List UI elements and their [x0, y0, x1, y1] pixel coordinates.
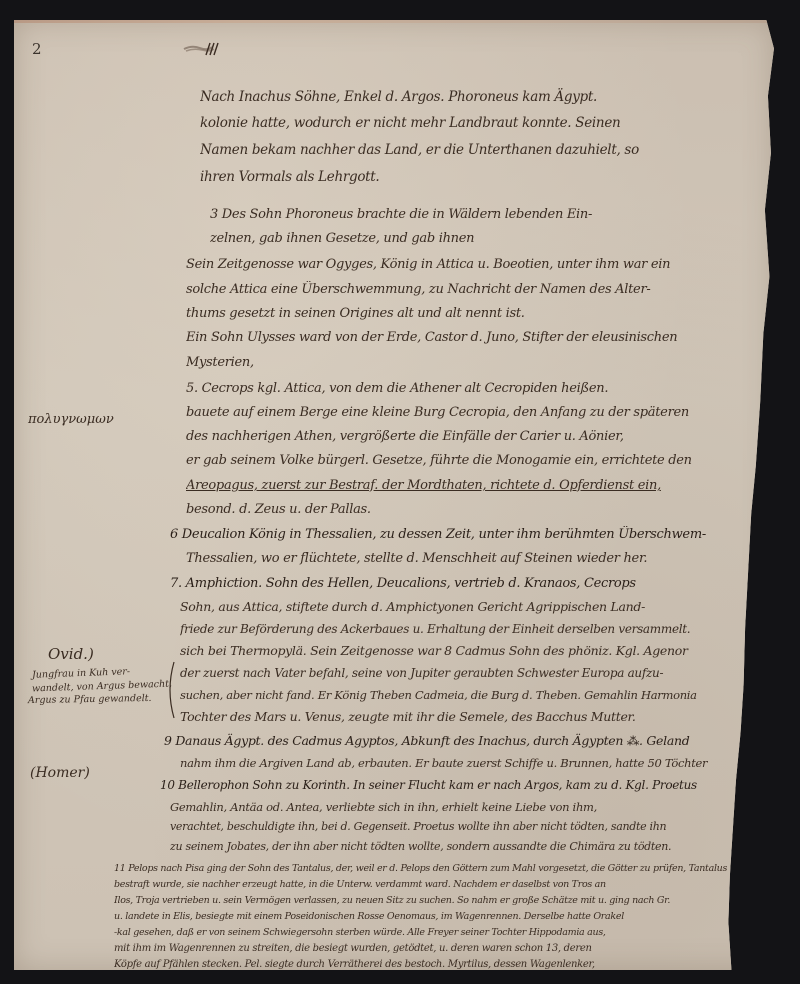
manuscript-page: 2 πολυγνωμων Ovid.) Jungfrau in Kuh ver-… [14, 20, 774, 970]
text-line: verachtet, beschuldigte ihn, bei d. Gege… [170, 818, 735, 836]
text-line: Sohn, aus Attica, stiftete durch d. Amph… [180, 598, 745, 616]
text-line: 10 Bellerophon Sohn zu Korinth. In seine… [160, 776, 740, 794]
text-line: ihren Vormals als Lehrgott. [200, 168, 760, 186]
text-line: der an einem Wagen, wachsenen Lenkungsst… [114, 972, 714, 984]
bracket-mark-icon [164, 660, 176, 720]
text-line: Namen bekam nachher das Land, er die Unt… [200, 141, 760, 159]
text-line: solche Attica eine Überschwemmung, zu Na… [186, 281, 756, 299]
text-line: thums gesetzt in seinen Origines alt und… [186, 305, 756, 323]
text-line: 3 Des Sohn Phoroneus brachte die in Wäld… [210, 206, 750, 224]
text-line: Ein Sohn Ulysses ward von der Erde, Cast… [186, 329, 756, 347]
page-number: 2 [32, 40, 42, 58]
text-line: besond. d. Zeus u. der Pallas. [186, 501, 746, 519]
text-line: zu seinem Jobates, der ihn aber nicht tö… [170, 838, 730, 856]
text-line: Sein Zeitgenosse war Ogyges, König in At… [186, 256, 756, 274]
margin-note-greek: πολυγνωμων [28, 412, 114, 427]
text-line: Nach Inachus Söhne, Enkel d. Argos. Phor… [200, 88, 760, 106]
text-line: Gemahlin, Antäa od. Antea, verliebte sic… [170, 798, 735, 816]
text-line: Thessalien, wo er flüchtete, stellte d. … [186, 550, 746, 568]
margin-note-homer: (Homer) [30, 765, 90, 781]
text-line: er gab seinem Volke bürgerl. Gesetze, fü… [186, 452, 746, 470]
text-line: kolonie hatte, wodurch er nicht mehr Lan… [200, 114, 760, 132]
text-line: bauete auf einem Berge eine kleine Burg … [186, 404, 746, 422]
scan-frame: 2 πολυγνωμων Ovid.) Jungfrau in Kuh ver-… [0, 0, 800, 984]
text-line: 7. Amphiction. Sohn des Hellen, Deucalio… [170, 575, 740, 593]
text-line: 9 Danaus Ägypt. des Cadmus Agyptos, Abku… [164, 732, 744, 750]
text-line: Areopagus, zuerst zur Bestraf. der Mordt… [186, 477, 746, 495]
text-line: friede zur Beförderung des Ackerbaues u.… [180, 620, 745, 638]
text-line: Tochter des Mars u. Venus, zeugte mit ih… [180, 708, 740, 726]
text-line: sich bei Thermopylä. Sein Zeitgenosse wa… [180, 642, 745, 660]
margin-note-ovid-line-3: Argus zu Pfau gewandelt. [28, 693, 152, 706]
text-line: Mysterien, [186, 354, 756, 372]
text-line: 6 Deucalion König in Thessalien, zu dess… [170, 526, 740, 544]
text-line: der zuerst nach Vater befahl, seine von … [180, 664, 745, 682]
text-line: suchen, aber nicht fand. Er König Theben… [180, 686, 745, 704]
text-line: nahm ihm die Argiven Land ab, erbauten. … [180, 754, 740, 772]
scribble-mark-icon [182, 40, 222, 58]
text-line: zelnen, gab ihnen Gesetze, und gab ihnen [210, 230, 750, 248]
margin-note-ovid-line-1: Jungfrau in Kuh ver- [32, 666, 130, 680]
text-line: Köpfe auf Pfählen stecken. Pel. siegte d… [114, 956, 720, 974]
margin-note-ovid-label: Ovid.) [48, 645, 94, 663]
text-line: des nachherigen Athen, vergrößerte die E… [186, 428, 746, 446]
text-line: 5. Cecrops kgl. Attica, von dem die Athe… [186, 380, 746, 398]
